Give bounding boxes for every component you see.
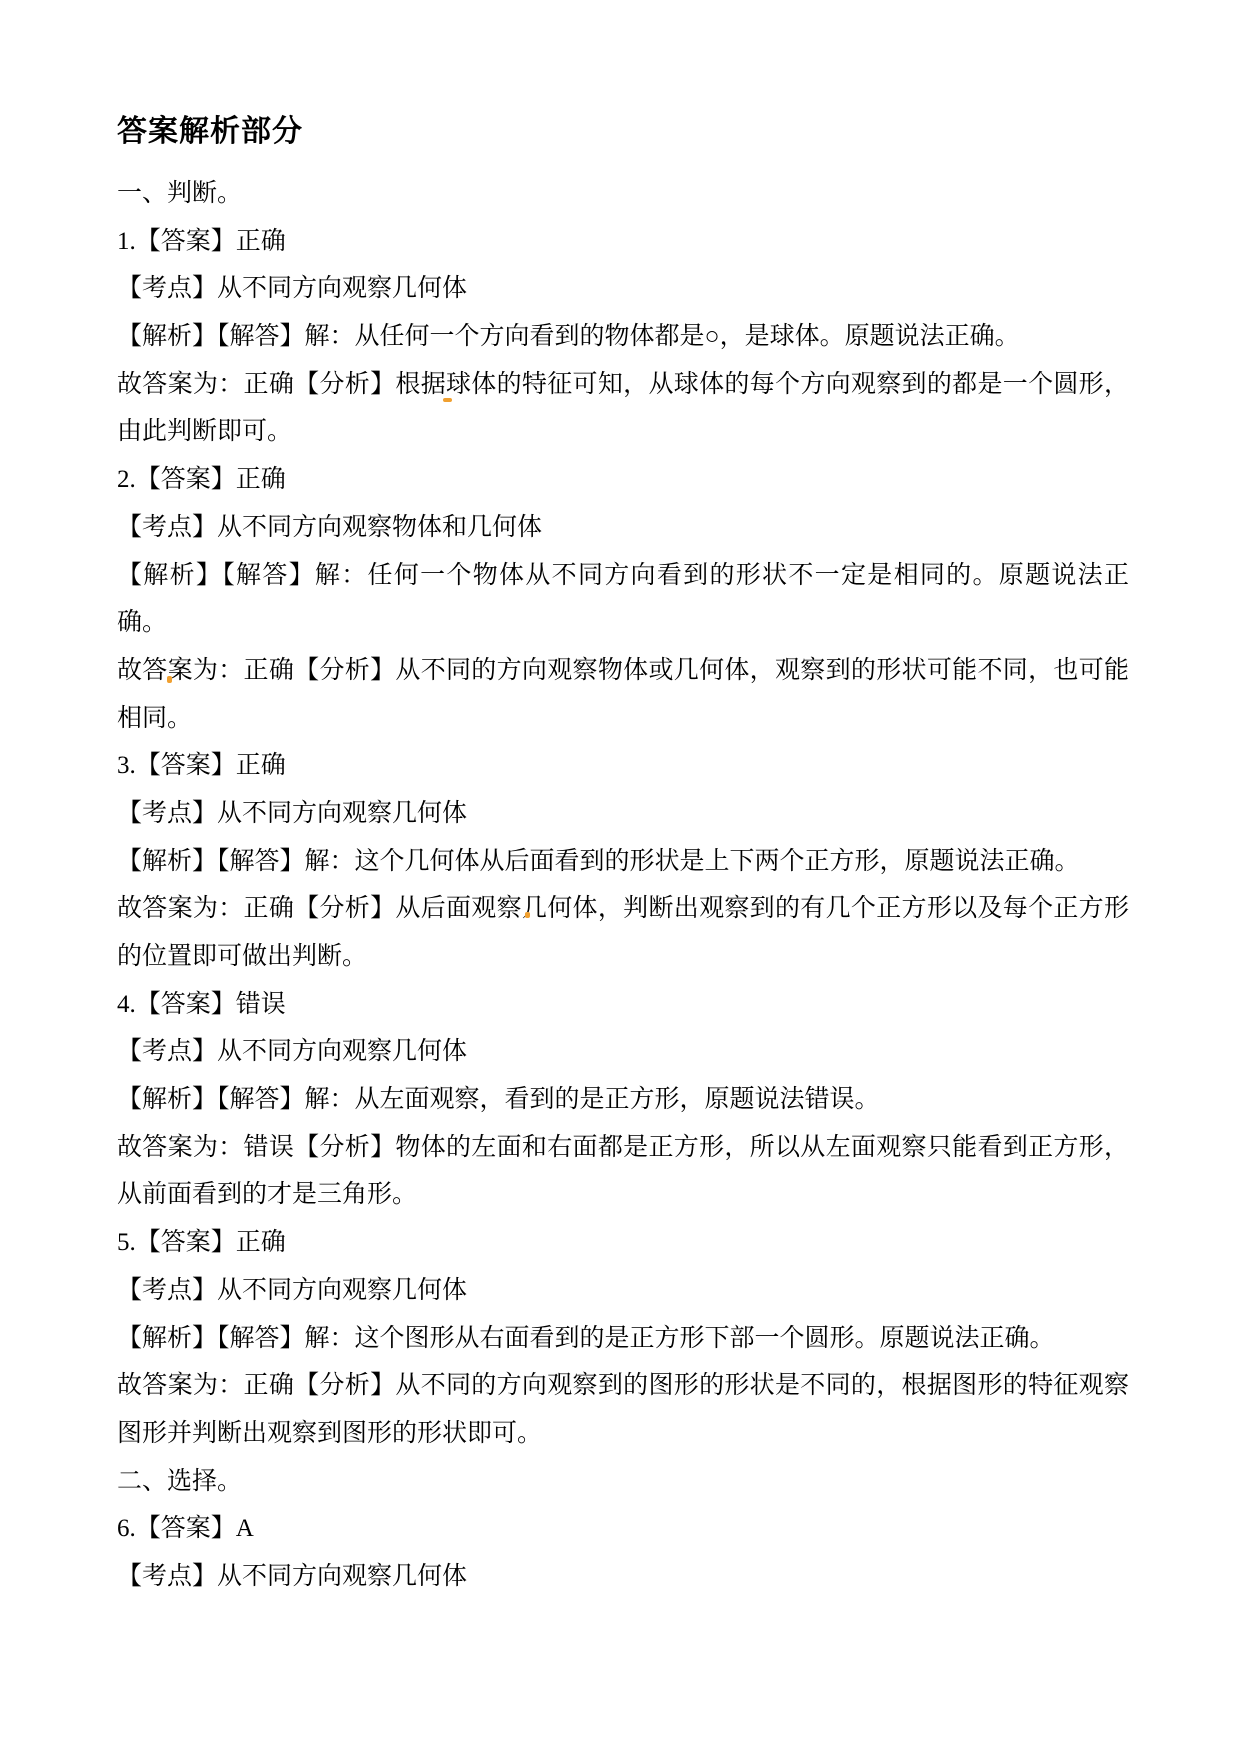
- proofing-mark-1: [443, 398, 452, 402]
- document-content: 答案解析部分 一、判断。1.【答案】正确【考点】从不同方向观察几何体【解析】【解…: [117, 0, 1129, 1601]
- item2-explain-line-1: 【解析】【解答】解：任何一个物体从不同方向看到的形状不一定是相同的。原题说法正: [117, 552, 1129, 600]
- item3-answer-line-1: 3.【答案】正确: [117, 742, 1129, 790]
- item5-conclusion-line-2: 图形并判断出观察到图形的形状即可。: [117, 1410, 1129, 1458]
- document-title: 答案解析部分: [117, 108, 1129, 156]
- proofing-mark-2: [167, 676, 172, 683]
- item5-conclusion-line-1: 故答案为：正确【分析】从不同的方向观察到的图形的形状是不同的，根据图形的特征观察: [117, 1362, 1129, 1410]
- item3-conclusion-line-2: 的位置即可做出判断。: [117, 933, 1129, 981]
- item2-explain-line-2: 确。: [117, 599, 1129, 647]
- item3-concept-line-1: 【考点】从不同方向观察几何体: [117, 790, 1129, 838]
- item2-concept-line-1: 【考点】从不同方向观察物体和几何体: [117, 504, 1129, 552]
- item4-conclusion-line-2: 从前面看到的才是三角形。: [117, 1171, 1129, 1219]
- item2-answer-line-1: 2.【答案】正确: [117, 456, 1129, 504]
- item1-answer-line-1: 1.【答案】正确: [117, 218, 1129, 266]
- item5-explain-line-1: 【解析】【解答】解：这个图形从右面看到的是正方形下部一个圆形。原题说法正确。: [117, 1315, 1129, 1363]
- document-body: 一、判断。1.【答案】正确【考点】从不同方向观察几何体【解析】【解答】解：从任何…: [117, 170, 1129, 1601]
- item4-conclusion-line-1: 故答案为：错误【分析】物体的左面和右面都是正方形，所以从左面观察只能看到正方形，: [117, 1124, 1129, 1172]
- item2-conclusion-line-1: 故答案为：正确【分析】从不同的方向观察物体或几何体，观察到的形状可能不同，也可能: [117, 647, 1129, 695]
- proofing-mark-3: [525, 912, 530, 918]
- item4-explain-line-1: 【解析】【解答】解：从左面观察，看到的是正方形，原题说法错误。: [117, 1076, 1129, 1124]
- document-page: 答案解析部分 一、判断。1.【答案】正确【考点】从不同方向观察几何体【解析】【解…: [0, 0, 1241, 1754]
- item1-conclusion-line-2: 由此判断即可。: [117, 408, 1129, 456]
- item1-explain-line-1: 【解析】【解答】解：从任何一个方向看到的物体都是○，是球体。原题说法正确。: [117, 313, 1129, 361]
- item4-concept-line-1: 【考点】从不同方向观察几何体: [117, 1028, 1129, 1076]
- item5-concept-line-1: 【考点】从不同方向观察几何体: [117, 1267, 1129, 1315]
- item1-conclusion-line-1: 故答案为：正确【分析】根据球体的特征可知，从球体的每个方向观察到的都是一个圆形，: [117, 361, 1129, 409]
- item4-answer-line-1: 4.【答案】错误: [117, 981, 1129, 1029]
- section-choice-heading-line-1: 二、选择。: [117, 1458, 1129, 1506]
- item1-concept-line-1: 【考点】从不同方向观察几何体: [117, 265, 1129, 313]
- item2-conclusion-line-2: 相同。: [117, 695, 1129, 743]
- item5-answer-line-1: 5.【答案】正确: [117, 1219, 1129, 1267]
- item3-explain-line-1: 【解析】【解答】解：这个几何体从后面看到的形状是上下两个正方形，原题说法正确。: [117, 838, 1129, 886]
- item6-answer-line-1: 6.【答案】A: [117, 1505, 1129, 1553]
- item6-concept-line-1: 【考点】从不同方向观察几何体: [117, 1553, 1129, 1601]
- section-judgment-heading-line-1: 一、判断。: [117, 170, 1129, 218]
- item3-conclusion-line-1: 故答案为：正确【分析】从后面观察几何体，判断出观察到的有几个正方形以及每个正方形: [117, 885, 1129, 933]
